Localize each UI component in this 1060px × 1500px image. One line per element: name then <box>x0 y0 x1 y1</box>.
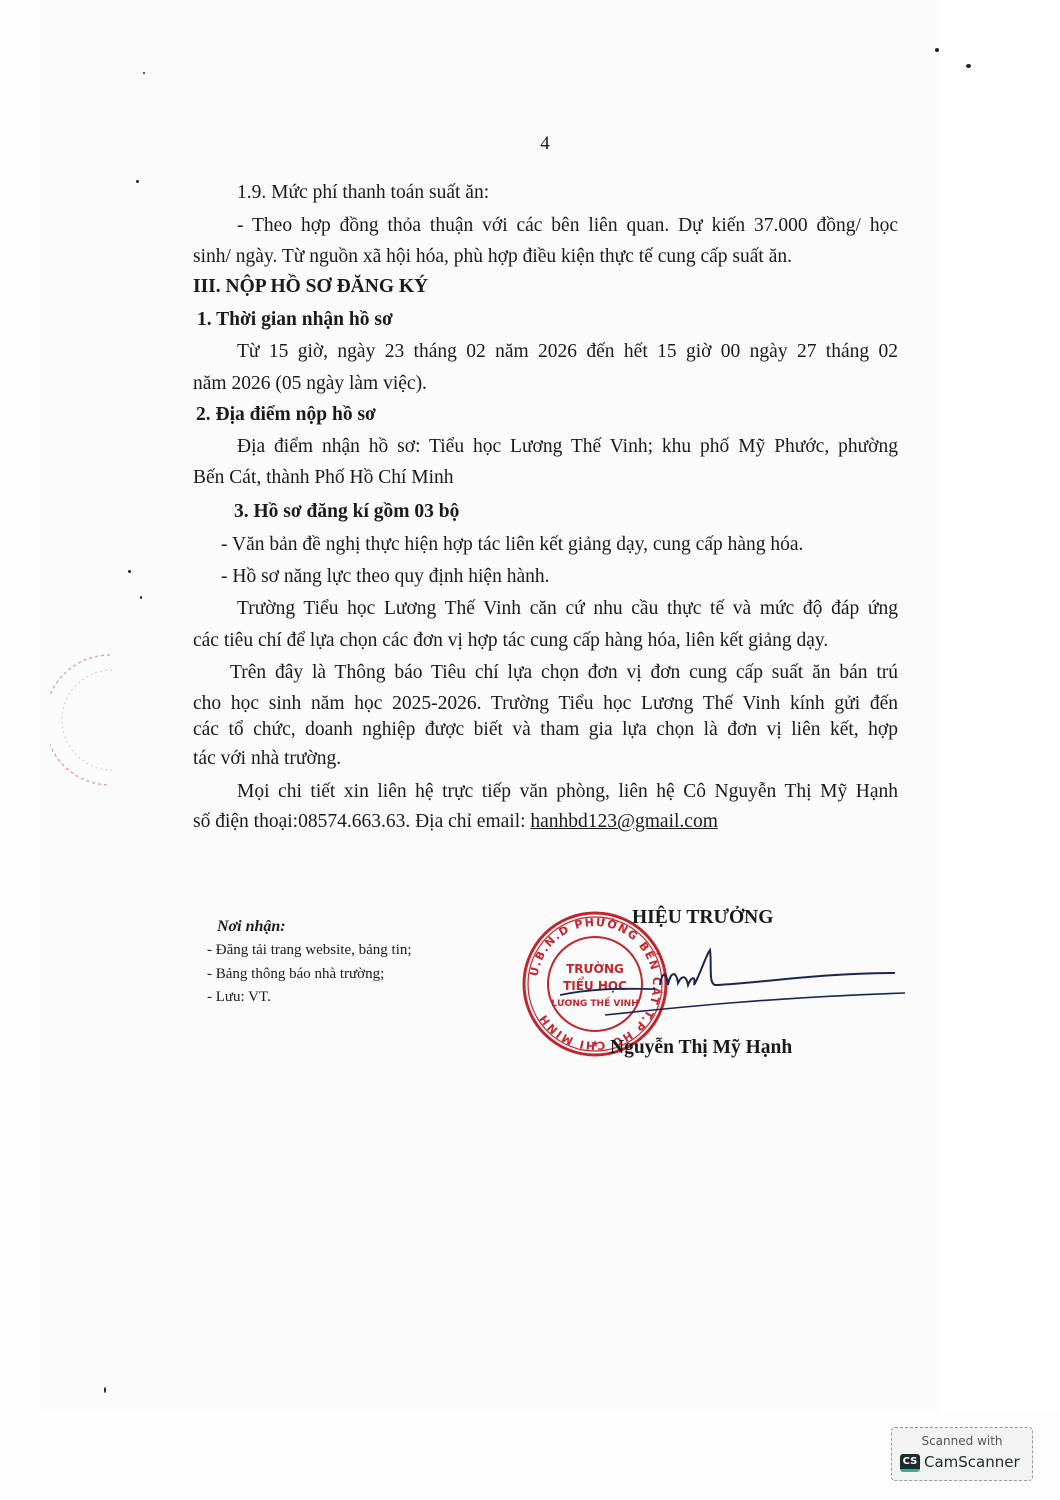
closing-paragraph: cho học sinh năm học 2025-2026. Trường T… <box>193 694 898 714</box>
watermark-brand: CamScanner <box>924 1453 1020 1471</box>
camscanner-logo-icon: CS <box>900 1454 920 1472</box>
scan-margin <box>940 0 1060 1410</box>
item-3-heading: 3. Hồ sơ đăng kí gồm 03 bộ <box>234 502 459 522</box>
scan-speck <box>966 64 971 68</box>
watermark-caption: Scanned with <box>892 1434 1032 1448</box>
scan-speck <box>128 570 131 573</box>
section-1-9-heading: 1.9. Mức phí thanh toán suất ăn: <box>237 183 489 203</box>
recipient-item: - Lưu: VT. <box>207 989 271 1006</box>
scan-speck <box>143 72 145 74</box>
section-1-9-text: sinh/ ngày. Từ nguồn xã hội hóa, phù hợp… <box>193 247 792 267</box>
item-1-text: Từ 15 giờ, ngày 23 tháng 02 năm 2026 đến… <box>237 342 898 362</box>
svg-text:★: ★ <box>591 1039 600 1050</box>
section-iii-heading: III. NỘP HỒ SƠ ĐĂNG KÝ <box>193 277 428 297</box>
scan-speck <box>935 48 939 52</box>
item-1-heading: 1. Thời gian nhận hồ sơ <box>197 310 393 330</box>
recipient-item: - Bảng thông báo nhà trường; <box>207 966 384 983</box>
recipient-item: - Đăng tải trang website, bảng tin; <box>207 942 412 959</box>
contact-email-link[interactable]: hanhbd123@gmail.com <box>530 811 717 832</box>
contact-paragraph: số điện thoại:08574.663.63. Địa chỉ emai… <box>193 812 718 832</box>
selection-paragraph: các tiêu chí để lựa chọn các đơn vị hợp … <box>193 631 828 651</box>
item-3-bullet: - Hồ sơ năng lực theo quy định hiện hành… <box>221 567 550 587</box>
handwritten-signature <box>560 945 910 1025</box>
scan-speck <box>136 180 139 183</box>
item-2-text: Địa điểm nhận hồ sơ: Tiểu học Lương Thế … <box>237 437 898 457</box>
item-1-text: năm 2026 (05 ngày làm việc). <box>193 374 427 394</box>
scan-speck <box>104 1387 106 1393</box>
item-2-heading: 2. Địa điểm nộp hồ sơ <box>196 405 376 425</box>
contact-phone-text: số điện thoại:08574.663.63. Địa chỉ emai… <box>193 811 530 832</box>
closing-paragraph: Trên đây là Thông báo Tiêu chí lựa chọn … <box>230 663 898 683</box>
recipients-title: Nơi nhận: <box>217 918 286 936</box>
section-1-9-text: - Theo hợp đồng thỏa thuận với các bên l… <box>237 216 898 236</box>
selection-paragraph: Trường Tiểu học Lương Thế Vinh căn cứ nh… <box>237 599 898 619</box>
signer-name: Nguyễn Thị Mỹ Hạnh <box>610 1037 792 1059</box>
page-number: 4 <box>0 133 1060 155</box>
item-3-bullet: - Văn bản đề nghị thực hiện hợp tác liên… <box>221 535 803 555</box>
faded-stamp-mark <box>50 650 120 790</box>
item-2-text: Bến Cát, thành Phố Hồ Chí Minh <box>193 468 454 488</box>
closing-paragraph: các tổ chức, doanh nghiệp được biết và t… <box>193 720 898 740</box>
contact-paragraph: Mọi chi tiết xin liên hệ trực tiếp văn p… <box>237 782 898 802</box>
camscanner-watermark: Scanned with CS CamScanner <box>891 1427 1033 1481</box>
scan-speck <box>140 596 142 599</box>
closing-paragraph: tác với nhà trường. <box>193 749 341 769</box>
